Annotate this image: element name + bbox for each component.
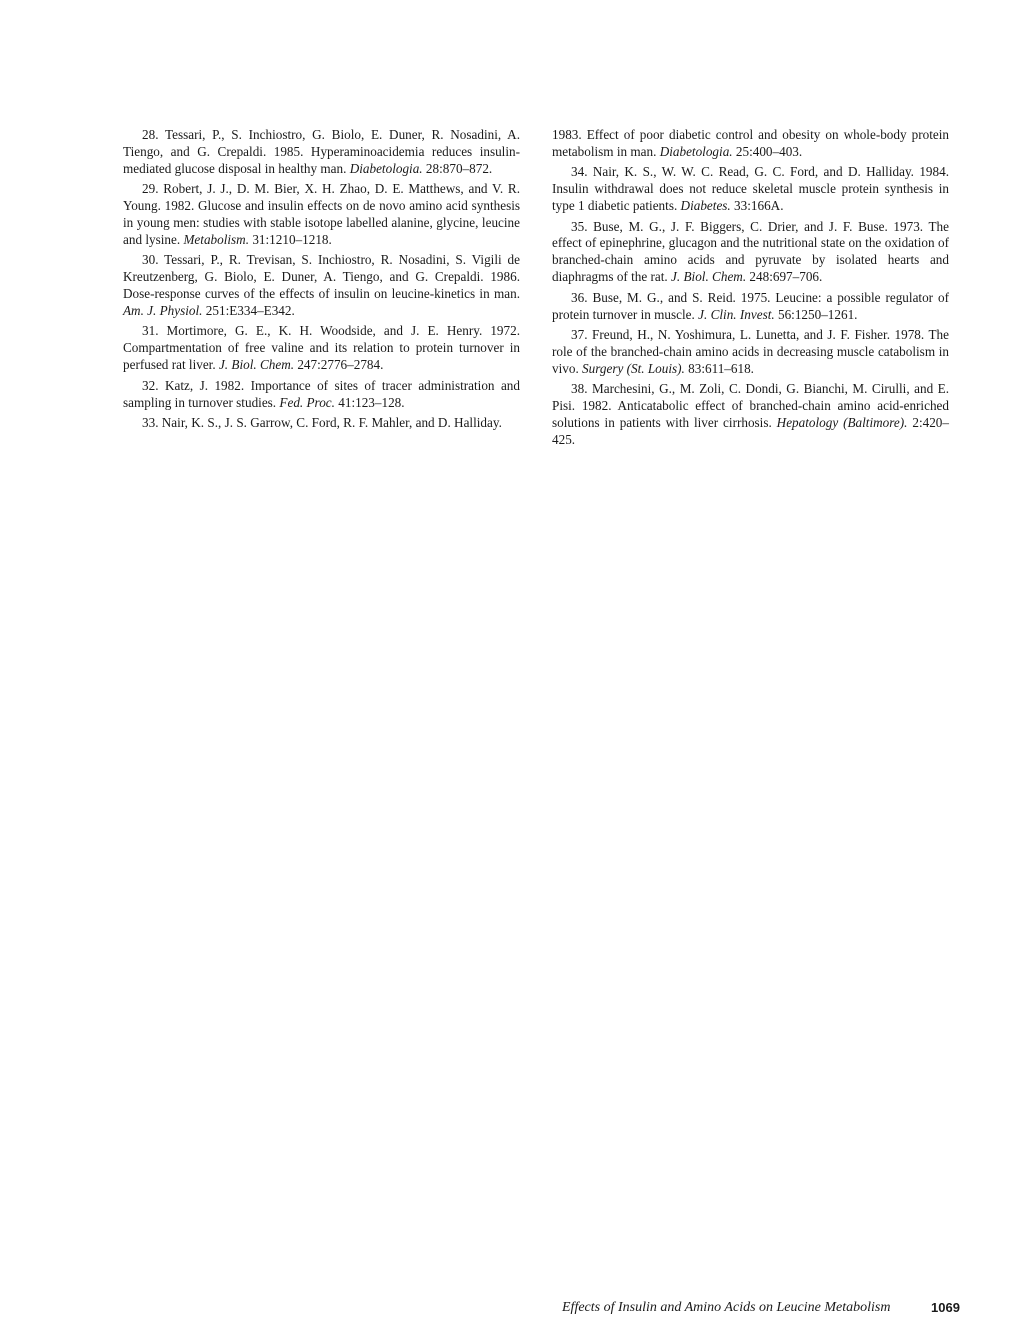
- reference-30: 30. Tessari, P., R. Trevisan, S. Inchios…: [123, 252, 520, 320]
- page-footer: Effects of Insulin and Amino Acids on Le…: [562, 1300, 962, 1316]
- reference-37: 37. Freund, H., N. Yoshimura, L. Lunetta…: [552, 327, 949, 378]
- reference-33-continued: 1983. Effect of poor diabetic control an…: [552, 127, 949, 161]
- reference-31: 31. Mortimore, G. E., K. H. Woodside, an…: [123, 323, 520, 374]
- journal-name: Hepatology (Baltimore).: [777, 415, 908, 430]
- journal-name: Surgery (St. Louis).: [582, 361, 685, 376]
- reference-29: 29. Robert, J. J., D. M. Bier, X. H. Zha…: [123, 181, 520, 249]
- journal-name: Diabetes.: [681, 198, 731, 213]
- journal-name: Fed. Proc.: [279, 395, 335, 410]
- journal-name: J. Clin. Invest.: [698, 307, 775, 322]
- reference-33: 33. Nair, K. S., J. S. Garrow, C. Ford, …: [123, 415, 520, 432]
- reference-38: 38. Marchesini, G., M. Zoli, C. Dondi, G…: [552, 381, 949, 449]
- journal-name: J. Biol. Chem.: [219, 357, 294, 372]
- journal-name: Diabetologia.: [660, 144, 733, 159]
- references-column-right: 1983. Effect of poor diabetic control an…: [552, 127, 949, 452]
- journal-name: J. Biol. Chem.: [671, 269, 746, 284]
- page-number: 1069: [931, 1300, 960, 1315]
- reference-36: 36. Buse, M. G., and S. Reid. 1975. Leuc…: [552, 290, 949, 324]
- reference-34: 34. Nair, K. S., W. W. C. Read, G. C. Fo…: [552, 164, 949, 215]
- references-column-left: 28. Tessari, P., S. Inchiostro, G. Biolo…: [123, 127, 520, 435]
- reference-35: 35. Buse, M. G., J. F. Biggers, C. Drier…: [552, 219, 949, 287]
- journal-name: Metabolism.: [183, 232, 249, 247]
- journal-name: Am. J. Physiol.: [123, 303, 202, 318]
- reference-32: 32. Katz, J. 1982. Importance of sites o…: [123, 378, 520, 412]
- reference-28: 28. Tessari, P., S. Inchiostro, G. Biolo…: [123, 127, 520, 178]
- journal-name: Diabetologia.: [350, 161, 423, 176]
- running-title: Effects of Insulin and Amino Acids on Le…: [562, 1300, 890, 1315]
